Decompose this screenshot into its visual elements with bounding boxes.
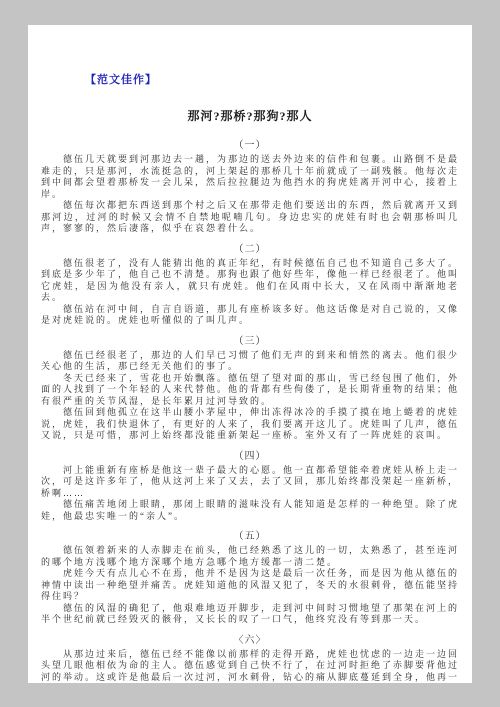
section-marker: （三） (41, 332, 459, 347)
section-marker: 〈六〉 (41, 631, 459, 646)
section-marker: （四） (41, 447, 459, 462)
essay-section-3: （三） 德伍已经很老了，那边的人们早已习惯了他们无声的到来和悄然的离去。他们很少… (41, 332, 459, 442)
essay-section-2: （二） 德伍很老了，没有人能猜出他的真正年纪，有时候德伍自己也不知道自己多大了。… (41, 240, 459, 327)
paragraph: 德伍每次都把东西送到那个村之后又在那带走他们要送出的东西，然后就离开又到那河边，… (41, 200, 459, 235)
paragraph: 德伍回到他孤立在这半山腰小茅屋中，伸出冻得冰冷的手摸了摸在地上蜷着的虎娃说，虎娃… (41, 407, 459, 442)
section-marker: （五） (41, 527, 459, 542)
essay-section-4: （四） 河上能重新有座桥是他这一辈子最大的心愿。他一直都希望能牵着虎娃从桥上走一… (41, 447, 459, 523)
essay-section-6: 〈六〉 从那边过来后，德伍已经不能像以前那样的走得开路，虎娃也忧虑的一边走一边回… (41, 631, 459, 684)
category-label: 【范文佳作】 (85, 71, 459, 87)
paragraph: 德伍痛苦地闭上眼睛，那闭上眼睛的滋味没有人能知道是怎样的一种绝望。除了虎娃，他最… (41, 499, 459, 522)
paragraph: 德伍几天就要到河那边去一趟，为那边的送去外边来的信件和包裹。山路倒不是最难走的，… (41, 154, 459, 200)
paragraph: 河上能重新有座桥是他这一辈子最大的心愿。他一直都希望能牵着虎娃从桥上走一次，可是… (41, 465, 459, 500)
paragraph: 德伍站在河中间，自言自语道，那儿有座桥该多好。他这话像是对自己说的，又像是对虎娃… (41, 304, 459, 327)
paragraph: 从那边过来后，德伍已经不能像以前那样的走得开路，虎娃也忧虑的一边走一边回头望几眼… (41, 649, 459, 684)
essay-section-1: （一） 德伍几天就要到河那边去一趟，为那边的送去外边来的信件和包裹。山路倒不是最… (41, 136, 459, 235)
paragraph: 德伍已经很老了，那边的人们早已习惯了他们无声的到来和悄然的离去。他们很少关心他的… (41, 350, 459, 373)
document-page: 【范文佳作】 那河?那桥?那狗?那人 （一） 德伍几天就要到河那边去一趟，为那边… (28, 25, 472, 683)
section-marker: （一） (41, 136, 459, 151)
essay-section-5: （五） 德伍领着新来的人赤脚走在前头，他已经熟悉了这儿的一切，太熟悉了，甚至连河… (41, 527, 459, 626)
paragraph: 冬天已经来了，雪花也开始飘落。德伍望了望对面的那山，雪已经包围了他们，外面的人找… (41, 373, 459, 408)
section-marker: （二） (41, 240, 459, 255)
paragraph: 德伍的风湿的确犯了，他艰难地迈开脚步，走到河中间时习惯地望了那架在河上的半个世纪… (41, 603, 459, 626)
paragraph: 德伍很老了，没有人能猜出他的真正年纪，有时候德伍自己也不知道自己多大了。到底是多… (41, 258, 459, 304)
paragraph: 虎娃今天有点儿心不在焉，他并不是因为这是最后一次任务，而是因为他从德伍的神情中读… (41, 568, 459, 603)
document-viewer: 【范文佳作】 那河?那桥?那狗?那人 （一） 德伍几天就要到河那边去一趟，为那边… (0, 0, 500, 707)
essay-title: 那河?那桥?那狗?那人 (41, 107, 459, 124)
paragraph: 德伍领着新来的人赤脚走在前头，他已经熟悉了这儿的一切，太熟悉了，甚至连河的哪个地… (41, 545, 459, 568)
